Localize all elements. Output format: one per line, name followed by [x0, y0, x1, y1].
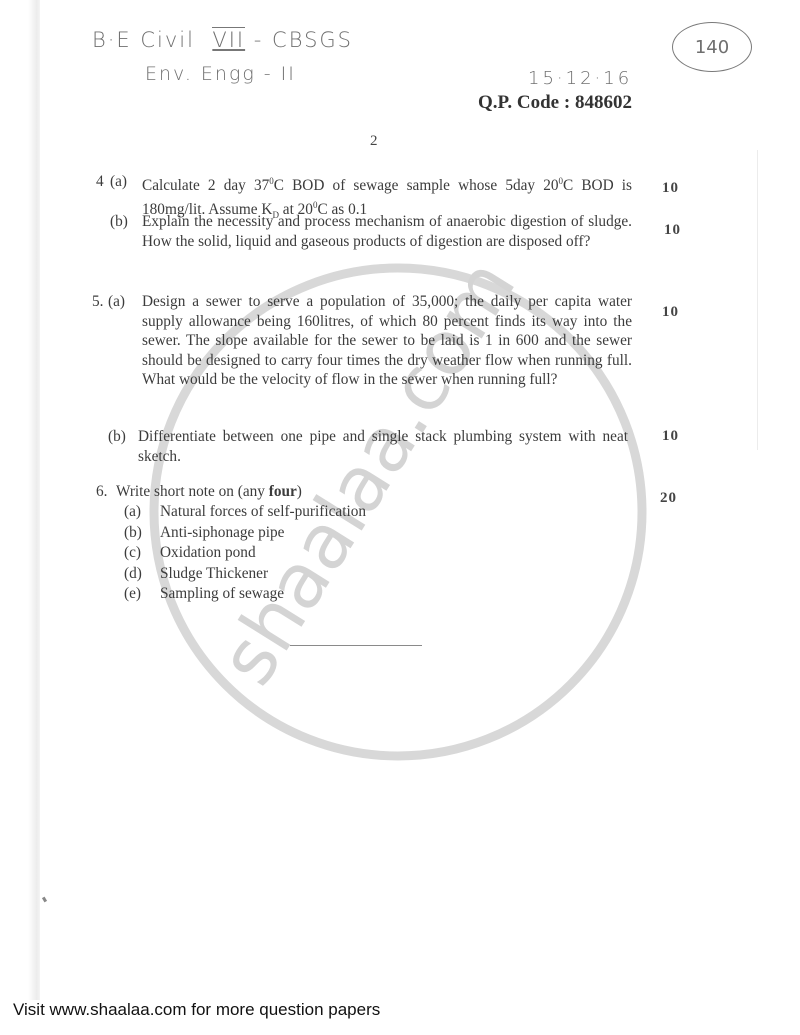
question-5b-text: Differentiate between one pipe and singl… [138, 427, 628, 466]
part-label: (a) [110, 172, 127, 192]
scan-speck [42, 897, 47, 903]
short-note-item: (c)Oxidation pond [124, 543, 366, 564]
marks-4a: 10 [662, 180, 679, 197]
end-separator [290, 645, 422, 646]
handwritten-date: 15·12·16 [528, 68, 632, 89]
scan-artifact-line [757, 150, 758, 450]
item-text: Anti-siphonage pipe [160, 523, 284, 544]
page-number: 2 [370, 133, 378, 150]
marks-5b: 10 [662, 428, 679, 445]
item-label: (e) [124, 584, 160, 605]
item-text: Natural forces of self-purification [160, 502, 366, 523]
item-text: Oxidation pond [160, 543, 256, 564]
part-label: (a) [108, 292, 125, 312]
item-text: Sludge Thickener [160, 564, 268, 585]
question-6-prompt: Write short note on (any four) [116, 482, 302, 502]
handwritten-subject: Env. Engg - II [145, 63, 296, 85]
short-note-item: (a)Natural forces of self-purification [124, 502, 366, 523]
question-number: 6. [96, 482, 107, 502]
marks-4b: 10 [664, 222, 681, 239]
watermark: shaalaa.com [0, 0, 800, 1035]
short-note-item: (d)Sludge Thickener [124, 564, 366, 585]
item-label: (a) [124, 502, 160, 523]
question-4b-text: Explain the necessity and process mechan… [142, 212, 632, 251]
marks-6: 20 [660, 490, 677, 507]
marks-5a: 10 [662, 304, 679, 321]
part-label: (b) [110, 212, 128, 232]
short-note-item: (b)Anti-siphonage pipe [124, 523, 366, 544]
question-5a-text: Design a sewer to serve a population of … [142, 292, 632, 390]
short-note-list: (a)Natural forces of self-purification(b… [124, 502, 366, 605]
item-label: (b) [124, 523, 160, 544]
footer-link-text[interactable]: Visit www.shaalaa.com for more question … [13, 1000, 380, 1020]
part-label: (b) [108, 427, 126, 447]
handwritten-semester: VII [212, 27, 245, 52]
short-note-item: (e)Sampling of sewage [124, 584, 366, 605]
item-text: Sampling of sewage [160, 584, 284, 605]
item-label: (c) [124, 543, 160, 564]
handwritten-total-marks: 140 [672, 22, 752, 72]
question-number: 4 [96, 172, 104, 192]
question-number: 5. [92, 292, 103, 312]
scan-edge-shadow [0, 0, 40, 1000]
qp-code: Q.P. Code : 848602 [478, 92, 632, 114]
handwritten-course: B·E Civil VII - CBSGS [92, 28, 353, 52]
item-label: (d) [124, 564, 160, 585]
